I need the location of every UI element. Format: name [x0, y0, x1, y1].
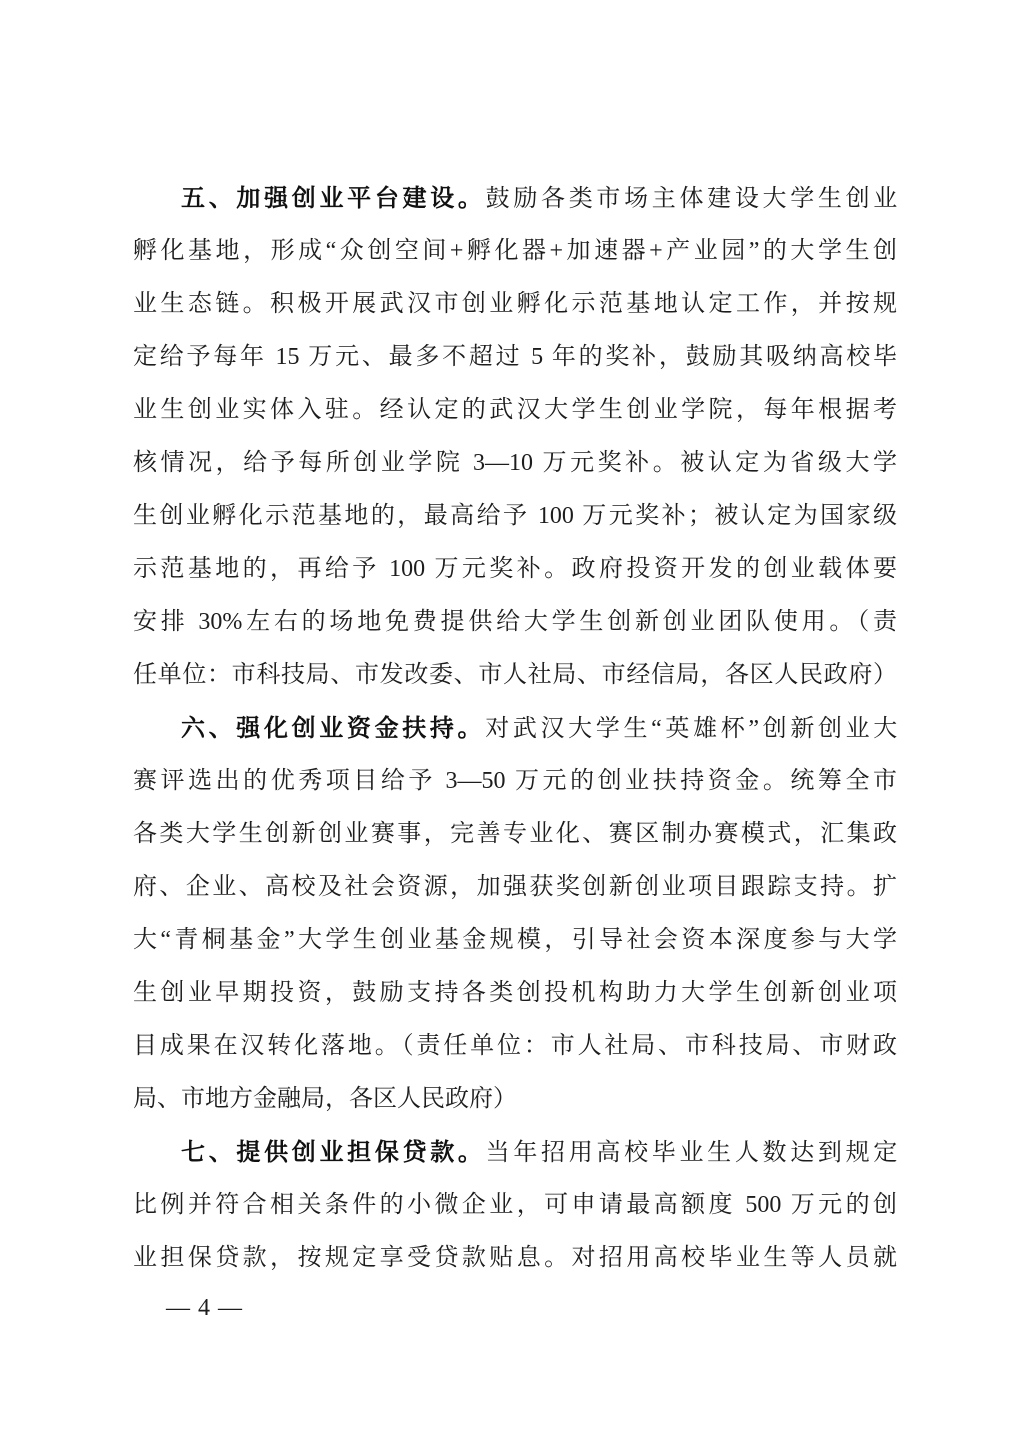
- text-line: 七、提供创业担保贷款。当年招用高校毕业生人数达到规定: [133, 1126, 897, 1179]
- line-text: 生创业孵化示范基地的，最高给予 100 万元奖补；被认定为国家级: [133, 503, 897, 529]
- text-line: 业生态链。积极开展武汉市创业孵化示范基地认定工作，并按规: [133, 278, 897, 331]
- line-text: 业担保贷款，按规定享受贷款贴息。对招用高校毕业生等人员就: [133, 1245, 897, 1271]
- section-heading-5: 五、加强创业平台建设。: [181, 185, 486, 212]
- text-line: 孵化基地，形成“众创空间+孵化器+加速器+产业园”的大学生创: [133, 225, 897, 278]
- text-line: 示范基地的，再给予 100 万元奖补。政府投资开发的创业载体要: [133, 543, 897, 596]
- line-text: 对武汉大学生“英雄杯”创新创业大: [485, 716, 897, 742]
- text-line: 赛评选出的优秀项目给予 3—50 万元的创业扶持资金。统筹全市: [133, 755, 897, 808]
- text-line: 业生创业实体入驻。经认定的武汉大学生创业学院，每年根据考: [133, 384, 897, 437]
- text-line: 目成果在汉转化落地。（责任单位：市人社局、市科技局、市财政: [133, 1020, 897, 1073]
- text-line: 局、市地方金融局，各区人民政府）: [133, 1073, 897, 1126]
- line-text: 业生创业实体入驻。经认定的武汉大学生创业学院，每年根据考: [133, 397, 897, 423]
- text-line: 各类大学生创新创业赛事，完善专业化、赛区制办赛模式，汇集政: [133, 808, 897, 861]
- line-text: 生创业早期投资，鼓励支持各类创投机构助力大学生创新创业项: [133, 980, 897, 1006]
- text-line: 安排 30%左右的场地免费提供给大学生创新创业团队使用。（责: [133, 596, 897, 649]
- line-text: 业生态链。积极开展武汉市创业孵化示范基地认定工作，并按规: [133, 291, 897, 317]
- line-text: 鼓励各类市场主体建设大学生创业: [486, 186, 897, 212]
- line-text: 赛评选出的优秀项目给予 3—50 万元的创业扶持资金。统筹全市: [133, 768, 897, 794]
- line-text: 当年招用高校毕业生人数达到规定: [486, 1140, 897, 1166]
- text-line: 业担保贷款，按规定享受贷款贴息。对招用高校毕业生等人员就: [133, 1232, 897, 1285]
- document-page: 五、加强创业平台建设。鼓励各类市场主体建设大学生创业 孵化基地，形成“众创空间+…: [0, 0, 1024, 1453]
- text-line: 六、强化创业资金扶持。对武汉大学生“英雄杯”创新创业大: [133, 702, 897, 755]
- text-line: 府、企业、高校及社会资源，加强获奖创新创业项目跟踪支持。扩: [133, 861, 897, 914]
- section-heading-7: 七、提供创业担保贷款。: [181, 1139, 486, 1166]
- text-line: 大“青桐基金”大学生创业基金规模，引导社会资本深度参与大学: [133, 914, 897, 967]
- line-text: 示范基地的，再给予 100 万元奖补。政府投资开发的创业载体要: [133, 556, 897, 582]
- text-line: 定给予每年 15 万元、最多不超过 5 年的奖补，鼓励其吸纳高校毕: [133, 331, 897, 384]
- line-text: 定给予每年 15 万元、最多不超过 5 年的奖补，鼓励其吸纳高校毕: [133, 344, 897, 370]
- text-line: 五、加强创业平台建设。鼓励各类市场主体建设大学生创业: [133, 172, 897, 225]
- line-text: 安排 30%左右的场地免费提供给大学生创新创业团队使用。（责: [133, 609, 897, 635]
- line-text: 核情况，给予每所创业学院 3—10 万元奖补。被认定为省级大学: [133, 450, 897, 476]
- line-text: 各类大学生创新创业赛事，完善专业化、赛区制办赛模式，汇集政: [133, 821, 897, 847]
- line-text: 比例并符合相关条件的小微企业，可申请最高额度 500 万元的创: [133, 1192, 897, 1218]
- line-text: 府、企业、高校及社会资源，加强获奖创新创业项目跟踪支持。扩: [133, 874, 897, 900]
- line-text: 大“青桐基金”大学生创业基金规模，引导社会资本深度参与大学: [133, 927, 897, 953]
- text-line: 任单位：市科技局、市发改委、市人社局、市经信局，各区人民政府）: [133, 649, 897, 702]
- text-line: 生创业早期投资，鼓励支持各类创投机构助力大学生创新创业项: [133, 967, 897, 1020]
- text-line: 生创业孵化示范基地的，最高给予 100 万元奖补；被认定为国家级: [133, 490, 897, 543]
- line-text: 任单位：市科技局、市发改委、市人社局、市经信局，各区人民政府）: [133, 662, 897, 688]
- line-text: 目成果在汉转化落地。（责任单位：市人社局、市科技局、市财政: [133, 1033, 897, 1059]
- text-line: 比例并符合相关条件的小微企业，可申请最高额度 500 万元的创: [133, 1179, 897, 1232]
- line-text: 局、市地方金融局，各区人民政府）: [133, 1086, 517, 1112]
- document-body: 五、加强创业平台建设。鼓励各类市场主体建设大学生创业 孵化基地，形成“众创空间+…: [133, 172, 897, 1285]
- page-number: — 4 —: [166, 1290, 243, 1326]
- section-heading-6: 六、强化创业资金扶持。: [181, 715, 485, 742]
- text-line: 核情况，给予每所创业学院 3—10 万元奖补。被认定为省级大学: [133, 437, 897, 490]
- line-text: 孵化基地，形成“众创空间+孵化器+加速器+产业园”的大学生创: [133, 238, 897, 264]
